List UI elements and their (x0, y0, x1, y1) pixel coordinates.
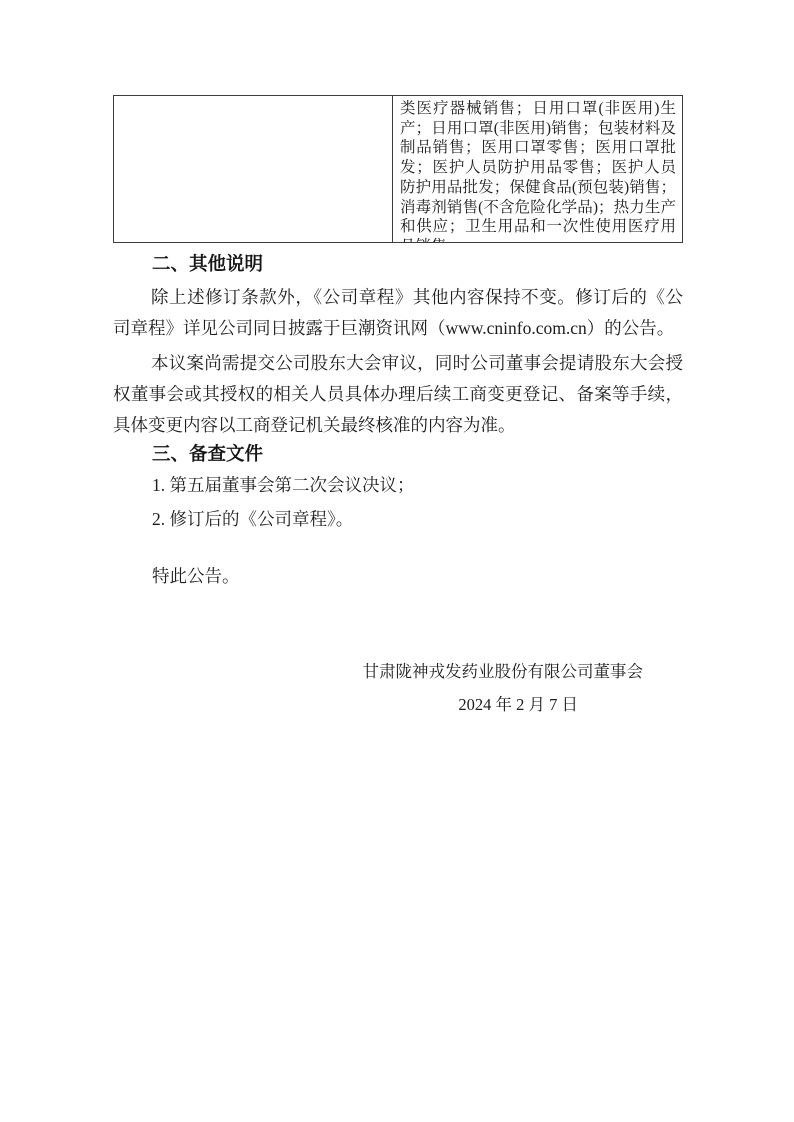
table-cell-business-scope: 类医疗器械销售；日用口罩(非医用)生产；日用口罩(非医用)销售；包装材料及制品销… (393, 96, 682, 242)
document-content: 类医疗器械销售；日用口罩(非医用)生产；日用口罩(非医用)销售；包装材料及制品销… (113, 95, 683, 721)
business-scope-table: 类医疗器械销售；日用口罩(非医用)生产；日用口罩(非医用)销售；包装材料及制品销… (113, 95, 683, 243)
signature-date: 2024 年 2 月 7 日 (113, 688, 683, 721)
paragraph-charter-unchanged: 除上述修订条款外，《公司章程》其他内容保持不变。修订后的《公司章程》详见公司同日… (113, 282, 683, 344)
heading-reference-documents: 三、备查文件 (113, 441, 683, 466)
closing-statement: 特此公告。 (113, 559, 683, 593)
reference-item-revised-charter: 2. 修订后的《公司章程》。 (113, 502, 683, 536)
document-page: 类医疗器械销售；日用口罩(非医用)生产；日用口罩(非医用)销售；包装材料及制品销… (0, 0, 794, 1122)
heading-other-notes: 二、其他说明 (113, 251, 683, 276)
signature-company-name: 甘肃陇神戎发药业股份有限公司董事会 (113, 655, 683, 688)
table-cell-empty (114, 96, 393, 242)
reference-item-board-resolution: 1. 第五届董事会第二次会议决议； (113, 468, 683, 502)
paragraph-shareholder-approval: 本议案尚需提交公司股东大会审议，同时公司董事会提请股东大会授权董事会或其授权的相… (113, 348, 683, 441)
